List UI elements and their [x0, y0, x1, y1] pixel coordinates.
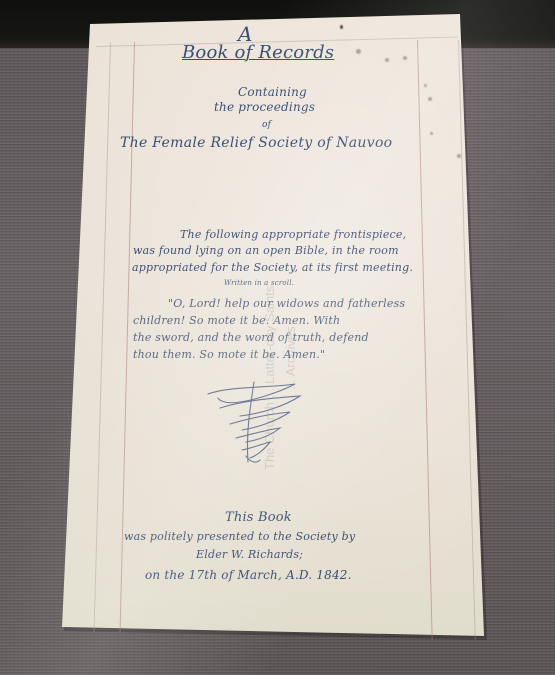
- prayer-line: the sword, and the word of truth, defend: [133, 331, 369, 344]
- frontispiece-line: The following appropriate frontispiece,: [180, 228, 406, 241]
- document-title: Book of Records: [182, 42, 334, 63]
- frontispiece-line: was found lying on an open Bible, in the…: [133, 244, 399, 257]
- society-name: The Female Relief Society of Nauvoo: [120, 135, 392, 151]
- presentation-heading: This Book: [225, 510, 292, 525]
- presentation-line: was politely presented to the Society by: [124, 530, 355, 543]
- subtitle-containing: Containing: [238, 85, 307, 99]
- foxing-spot: [340, 25, 343, 29]
- presentation-date: on the 17th of March, A.D. 1842.: [145, 568, 352, 582]
- foxing-spot: [467, 86, 470, 89]
- presentation-line: Elder W. Richards;: [196, 548, 303, 561]
- subtitle-proceedings: the proceedings: [214, 100, 315, 114]
- foxing-spot: [403, 56, 407, 60]
- foxing-spot: [428, 97, 432, 101]
- frontispiece-note: Written in a scroll.: [224, 279, 294, 287]
- prayer-line: thou them. So mote it be. Amen.": [133, 348, 325, 361]
- foxing-spot: [424, 84, 427, 87]
- photo-scene: The Church ... Latter-day Saints ... Arc…: [0, 0, 555, 675]
- prayer-line: "O, Lord! help our widows and fatherless: [168, 297, 405, 310]
- subtitle-of: of: [262, 120, 271, 130]
- prayer-line: children! So mote it be. Amen. With: [133, 314, 340, 327]
- foxing-spot: [457, 154, 461, 158]
- foxing-spot: [430, 132, 433, 135]
- frontispiece-line: appropriated for the Society, at its fir…: [132, 261, 413, 274]
- foxing-spot: [356, 49, 361, 54]
- foxing-spot: [385, 58, 389, 62]
- signature-flourish: [200, 378, 320, 468]
